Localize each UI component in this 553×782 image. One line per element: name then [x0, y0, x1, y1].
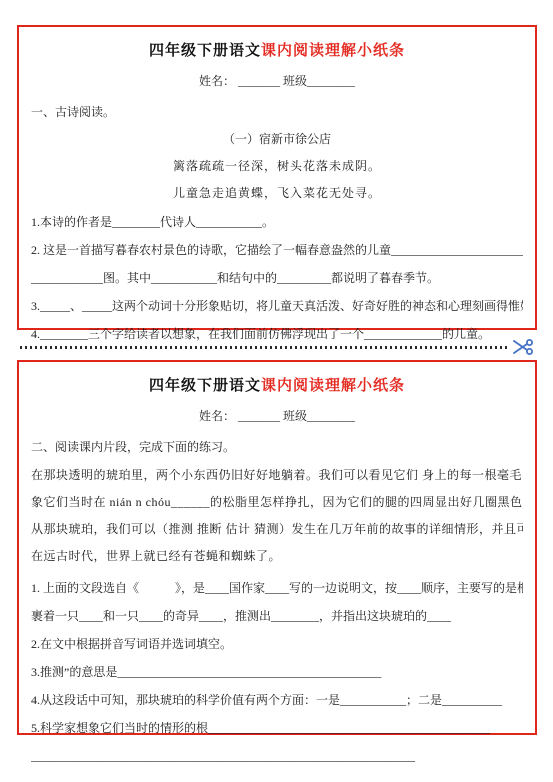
page-title-black: 四年级下册语文	[149, 43, 261, 59]
cut-line-divider	[20, 336, 535, 358]
worksheet-page: { "accent_colors": { "border_red": "#e02…	[0, 0, 553, 782]
page-title: 四年级下册语文课内阅读理解小纸条	[31, 39, 523, 60]
question-line: 裹着一只____和一只____的奇异____，推测出________，并指出这块…	[31, 605, 523, 628]
poem-title: （一）宿新市徐公店	[31, 130, 523, 147]
worksheet-card-passage: 四年级下册语文课内阅读理解小纸条 姓名： _______ 班级________ …	[17, 360, 537, 735]
scissors-icon	[513, 338, 535, 356]
question-line: ________________________________________…	[31, 745, 523, 768]
passage-line: 象它们当时在 nián n chóu______的松脂里怎样挣扎，因为它们的腿的…	[31, 490, 523, 515]
section-heading: 一、古诗阅读。	[31, 103, 523, 120]
question-line: 3._____、_____这两个动词十分形象贴切，将儿童天真活泼、好奇好胜的神态…	[31, 295, 523, 318]
section-heading: 二、阅读课内片段，完成下面的练习。	[31, 438, 523, 455]
name-class-line: 姓名： _______ 班级________	[31, 72, 523, 89]
passage-line: 在那块透明的琥珀里，两个小东西仍旧好好地躺着。我们可以看见它们 身上的每一根毫毛…	[31, 463, 523, 488]
page-title: 四年级下册语文课内阅读理解小纸条	[31, 374, 523, 395]
question-line: ____________图。其中___________和结句中的________…	[31, 267, 523, 290]
poem-line: 儿童急走追黄蝶，飞入菜花无处寻。	[31, 184, 523, 201]
page-title-red: 课内阅读理解小纸条	[261, 378, 405, 394]
passage-line: 从那块琥珀，我们可以（推测 推断 估计 猜测）发生在几万年前的故事的详细情形，并…	[31, 517, 523, 542]
passage-line: 在远古时代，世界上就已经有苍蝇和蜘蛛了。	[31, 544, 523, 569]
page-title-red: 课内阅读理解小纸条	[261, 43, 405, 59]
question-line: 3.推测”的意思是_______________________________…	[31, 661, 523, 684]
question-line: 2.在文中根据拼音写词语并选词填空。	[31, 633, 523, 656]
name-class-line: 姓名： _______ 班级________	[31, 407, 523, 424]
question-line: 2. 这是一首描写暮春农村景色的诗歌，它描绘了一幅春意盎然的儿童________…	[31, 239, 523, 262]
question-line: 4.从这段话中可知，那块琥珀的科学价值有两个方面：一是___________；二…	[31, 689, 523, 712]
page-title-black: 四年级下册语文	[149, 378, 261, 394]
question-line: 5.科学家想象它们当时的情形的根________________________…	[31, 717, 523, 740]
question-line: 1. 上面的文段选自《 》，是____国作家____写的一边说明文，按____顺…	[31, 577, 523, 600]
worksheet-card-poem: 四年级下册语文课内阅读理解小纸条 姓名： _______ 班级________ …	[17, 25, 537, 330]
question-line: 1.本诗的作者是________代诗人___________。	[31, 211, 523, 234]
poem-line: 篱落疏疏一径深，树头花落未成阴。	[31, 157, 523, 174]
dotted-cut-line	[20, 346, 507, 349]
